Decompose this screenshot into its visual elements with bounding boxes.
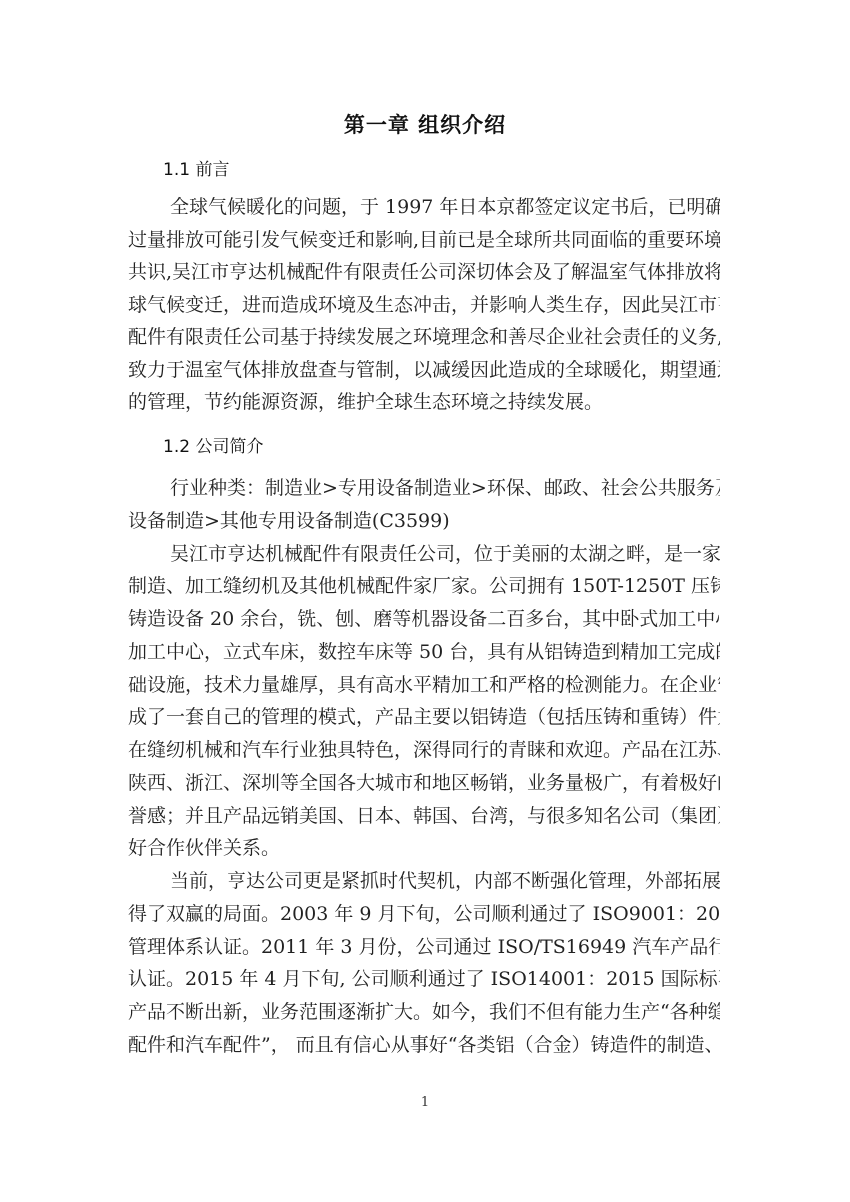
text-line: 配件有限责任公司基于持续发展之环境理念和善尽企业社会责任的义务,将积极 — [128, 321, 720, 354]
text-line: 配件和汽车配件”， 而且有信心从事好“各类铝（合金）铸造件的制造、加工”。 — [128, 1029, 720, 1062]
text-line: 加工中心，立式车床，数控车床等 50 台，具有从铝铸造到精加工完成的整套基 — [128, 636, 720, 669]
text-line: 全球气候暖化的问题，于 1997 年日本京都签定议定书后，已明确温室气体 — [128, 191, 720, 224]
text-line: 铸造设备 20 余台，铣、刨、磨等机器设备二百多台，其中卧式加工中心、立式 — [128, 603, 720, 636]
text-line: 得了双赢的局面。2003 年 9 月下旬，公司顺利通过了 ISO9001：200… — [128, 898, 720, 931]
section-heading-company-profile: 1.2 公司简介 — [163, 431, 263, 463]
text-line: 誉感；并且产品远销美国、日本、韩国、台湾，与很多知名公司（集团）结成友 — [128, 800, 720, 833]
text-line: 制造、加工缝纫机及其他机械配件家厂家。公司拥有 150T-1250T 压铸机和重… — [128, 570, 720, 603]
text-line: 行业种类：制造业>专用设备制造业>环保、邮政、社会公共服务及其他专用 — [128, 472, 720, 505]
text-line: 好合作伙伴关系。 — [128, 832, 720, 865]
text-line: 管理体系认证。2011 年 3 月份，公司通过 ISO/TS16949 汽车产品… — [128, 931, 720, 964]
text-line: 认证。2015 年 4 月下旬, 公司顺利通过了 ISO14001：2015 国… — [128, 963, 720, 996]
text-line: 础设施，技术力量雄厚，具有高水平精加工和严格的检测能力。在企业管理上形 — [128, 669, 720, 702]
text-line: 在缝纫机械和汽车行业独具特色，深得同行的青睐和欢迎。产品在江苏、上海、 — [128, 734, 720, 767]
text-line: 陕西、浙江、深圳等全国各大城市和地区畅销，业务量极广，有着极好的产品信 — [128, 767, 720, 800]
paragraph-preface: 全球气候暖化的问题，于 1997 年日本京都签定议定书后，已明确温室气体 过量排… — [128, 191, 720, 419]
chapter-title: 第一章 组织介绍 — [0, 109, 850, 141]
text-line: 的管理，节约能源资源，维护全球生态环境之持续发展。 — [128, 386, 720, 419]
text-line: 共识,吴江市亨达机械配件有限责任公司深切体会及了解温室气体排放将造成全 — [128, 256, 720, 289]
text-line: 当前，亨达公司更是紧抓时代契机，内部不断强化管理，外部拓展市场，取 — [128, 865, 720, 898]
document-page: 第一章 组织介绍 1.1 前言 全球气候暖化的问题，于 1997 年日本京都签定… — [0, 0, 850, 1202]
text-line: 球气候变迁，进而造成环境及生态冲击，并影响人类生存，因此吴江市亨达机械 — [128, 289, 720, 322]
company-profile-body: 行业种类：制造业>专用设备制造业>环保、邮政、社会公共服务及其他专用 设备制造>… — [128, 472, 720, 1062]
text-line: 产品不断出新，业务范围逐渐扩大。如今，我们不但有能力生产“各种缝纫机械 — [128, 996, 720, 1029]
text-line: 过量排放可能引发气候变迁和影响,目前已是全球所共同面临的重要环境议题与 — [128, 224, 720, 257]
section-heading-preface: 1.1 前言 — [163, 154, 229, 186]
text-line: 致力于温室气体排放盘查与管制，以减缓因此造成的全球暖化，期望通过本公司 — [128, 354, 720, 387]
text-line: 成了一套自己的管理的模式，产品主要以铝铸造（包括压铸和重铸）件为主导， — [128, 701, 720, 734]
text-line: 吴江市亨达机械配件有限责任公司，位于美丽的太湖之畔，是一家专业生产 — [128, 538, 720, 571]
page-number: 1 — [0, 1093, 850, 1113]
text-line: 设备制造>其他专用设备制造(C3599) — [128, 505, 720, 538]
